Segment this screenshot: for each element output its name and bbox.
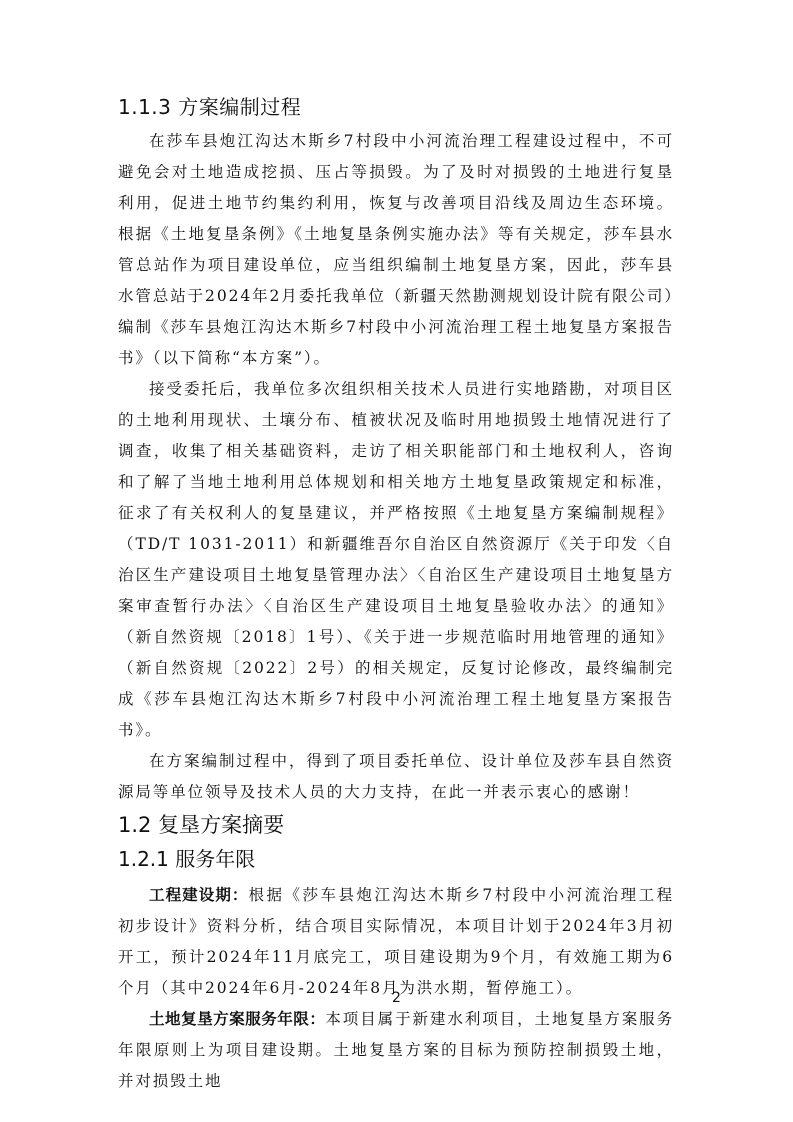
paragraph-process: 接受委托后，我单位多次组织相关技术人员进行实地踏勘，对项目区的土地利用现状、土壤…: [118, 374, 674, 746]
section-heading-1-2-1: 1.2.1 服务年限: [118, 844, 674, 874]
page-number: 2: [0, 988, 793, 1008]
section-heading-1-1-3: 1.1.3 方案编制过程: [118, 92, 674, 122]
paragraph-construction-period: 工程建设期：根据《莎车县炮江沟达木斯乡7村段中小河流治理工程初步设计》资料分析，…: [118, 880, 674, 1004]
construction-period-label: 工程建设期：: [149, 886, 249, 904]
paragraph-acknowledgement: 在方案编制过程中，得到了项目委托单位、设计单位及莎车县自然资源局等单位领导及技术…: [118, 746, 674, 808]
paragraph-background: 在莎车县炮江沟达木斯乡7村段中小河流治理工程建设过程中，不可避免会对土地造成挖损…: [118, 126, 674, 374]
document-page: 1.1.3 方案编制过程 在莎车县炮江沟达木斯乡7村段中小河流治理工程建设过程中…: [118, 92, 674, 1097]
paragraph-service-years: 土地复垦方案服务年限：本项目属于新建水利项目，土地复垦方案服务年限原则上为项目建…: [118, 1004, 674, 1097]
section-heading-1-2: 1.2 复垦方案摘要: [118, 810, 674, 840]
service-years-label: 土地复垦方案服务年限：: [149, 1010, 325, 1028]
